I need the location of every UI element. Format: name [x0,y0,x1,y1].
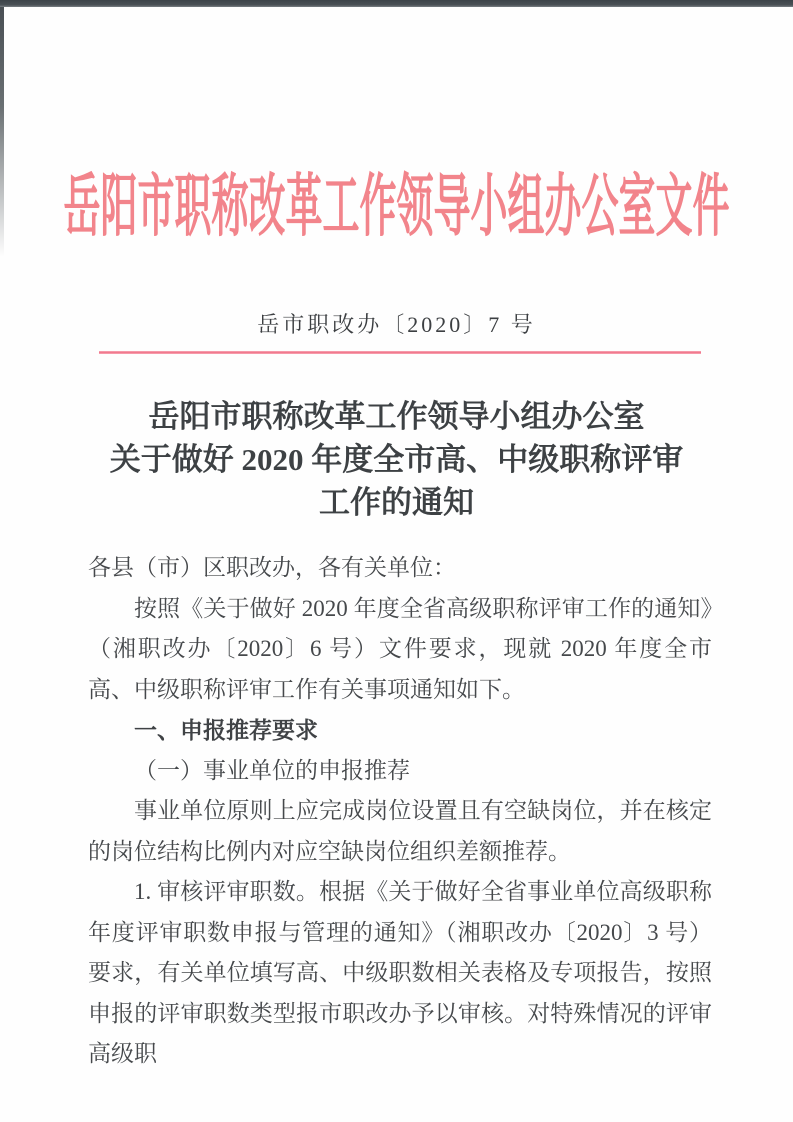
paragraph-quota: 1. 审核评审职数。根据《关于做好全省事业单位高级职称年度评审职数申报与管理的通… [88,872,712,1075]
document-title-line2: 关于做好 2020 年度全市高、中级职称评审 [60,438,733,481]
document-body: 各县（市）区职改办，各有关单位： 按照《关于做好 2020 年度全省高级职称评审… [88,548,712,1075]
document-title-line3: 工作的通知 [60,481,733,524]
letterhead-banner-text: 岳阳市职称改革工作领导小组办公室文件 [64,150,730,250]
document-number: 岳市职改办〔2020〕7 号 [0,308,793,339]
scanned-document-page: 岳阳市职称改革工作领导小组办公室文件 岳市职改办〔2020〕7 号 岳阳市职称改… [0,0,793,1122]
salutation: 各县（市）区职改办，各有关单位： [88,548,712,589]
paragraph-posts: 事业单位原则上应完成岗位设置且有空缺岗位，并在核定的岗位结构比例内对应空缺岗位组… [88,791,712,872]
scan-edge-artifact-left [0,7,4,257]
paragraph-intro: 按照《关于做好 2020 年度全省高级职称评审工作的通知》（湘职改办〔2020〕… [88,589,712,711]
section-heading-1: 一、申报推荐要求 [88,710,712,751]
subsection-heading-1: （一）事业单位的申报推荐 [88,751,712,792]
red-divider-line [99,351,701,354]
document-title: 岳阳市职称改革工作领导小组办公室 关于做好 2020 年度全市高、中级职称评审 … [60,395,733,524]
letterhead-banner: 岳阳市职称改革工作领导小组办公室文件 [0,150,793,204]
scan-edge-artifact-top [0,0,793,7]
document-title-line1: 岳阳市职称改革工作领导小组办公室 [60,395,733,438]
